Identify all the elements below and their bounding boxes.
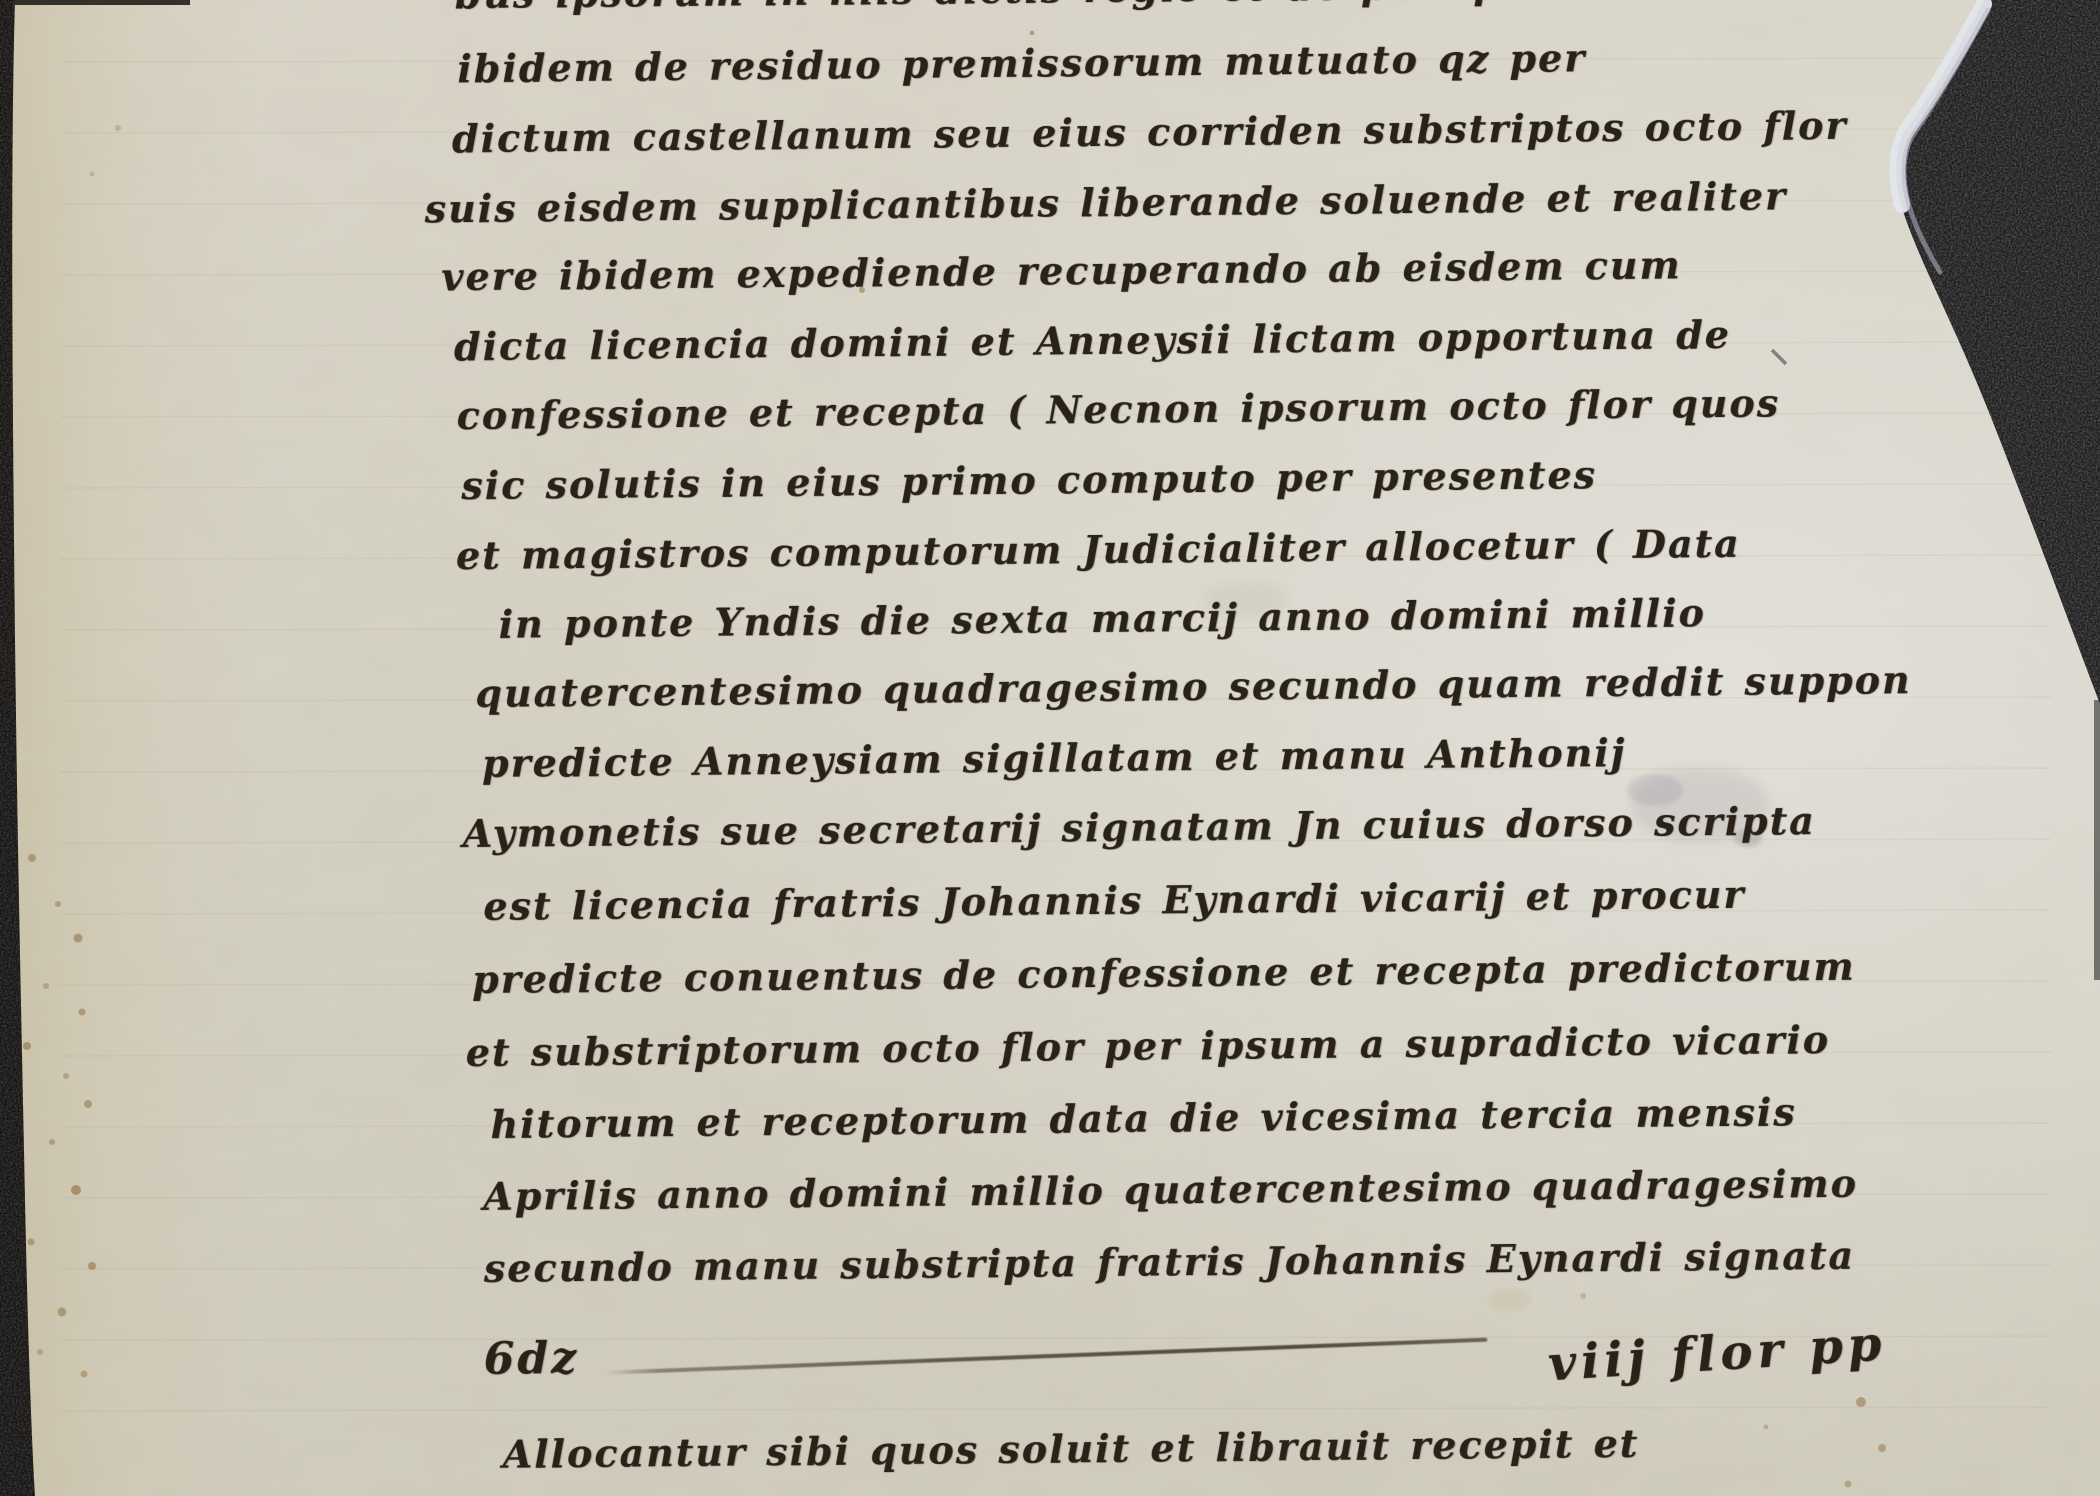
text-line: predicte conuentus de confessione et rec… [472, 944, 1856, 1002]
text-line: Aprilis anno domini millio quatercentesi… [483, 1161, 1858, 1219]
text-block: bus ipsorum in hiis dictis regie et de p… [0, 0, 2100, 1496]
text-line: predicte Anneysiam sigillatam et manu An… [482, 730, 1627, 786]
text-line: et magistros computorum Judicialiter all… [456, 521, 1741, 578]
text-line: suis eisdem supplicantibus liberande sol… [424, 173, 1787, 231]
text-line: dicta licencia domini et Anneysii lictam… [454, 312, 1731, 369]
text-line: secundo manu substripta fratris Johannis… [484, 1233, 1856, 1291]
text-line: ibidem de residuo premissorum mutuato qz… [457, 35, 1586, 91]
text-line: est licencia fratris Johannis Eynardi vi… [483, 872, 1745, 929]
sum-rule-line [606, 1338, 1488, 1375]
text-line: vere ibidem expediende recuperando ab ei… [441, 242, 1682, 299]
text-line: dictum castellanum seu eius corriden sub… [452, 103, 1848, 161]
text-line: quatercentesimo quadragesimo secundo qua… [475, 657, 1912, 716]
text-line: Aymonetis sue secretarij signatam Jn cui… [462, 798, 1815, 856]
text-line: confessione et recepta ( Necnon ipsorum … [456, 380, 1780, 438]
text-line: hitorum et receptorum data die vicesima … [490, 1089, 1797, 1147]
text-line: bus ipsorum in hiis dictis regie et de p… [454, 0, 1597, 17]
catchword: 6dz [484, 1333, 580, 1385]
text-line: sic solutis in eius primo computo per pr… [461, 452, 1597, 508]
text-line-bottom: Allocantur sibi quos soluit et librauit … [502, 1421, 1639, 1477]
manuscript-scan: bus ipsorum in hiis dictis regie et de p… [0, 0, 2100, 1496]
text-line: et substriptorum octo flor per ipsum a s… [466, 1017, 1831, 1075]
text-line: in ponte Yndis die sexta marcij anno dom… [498, 590, 1706, 647]
